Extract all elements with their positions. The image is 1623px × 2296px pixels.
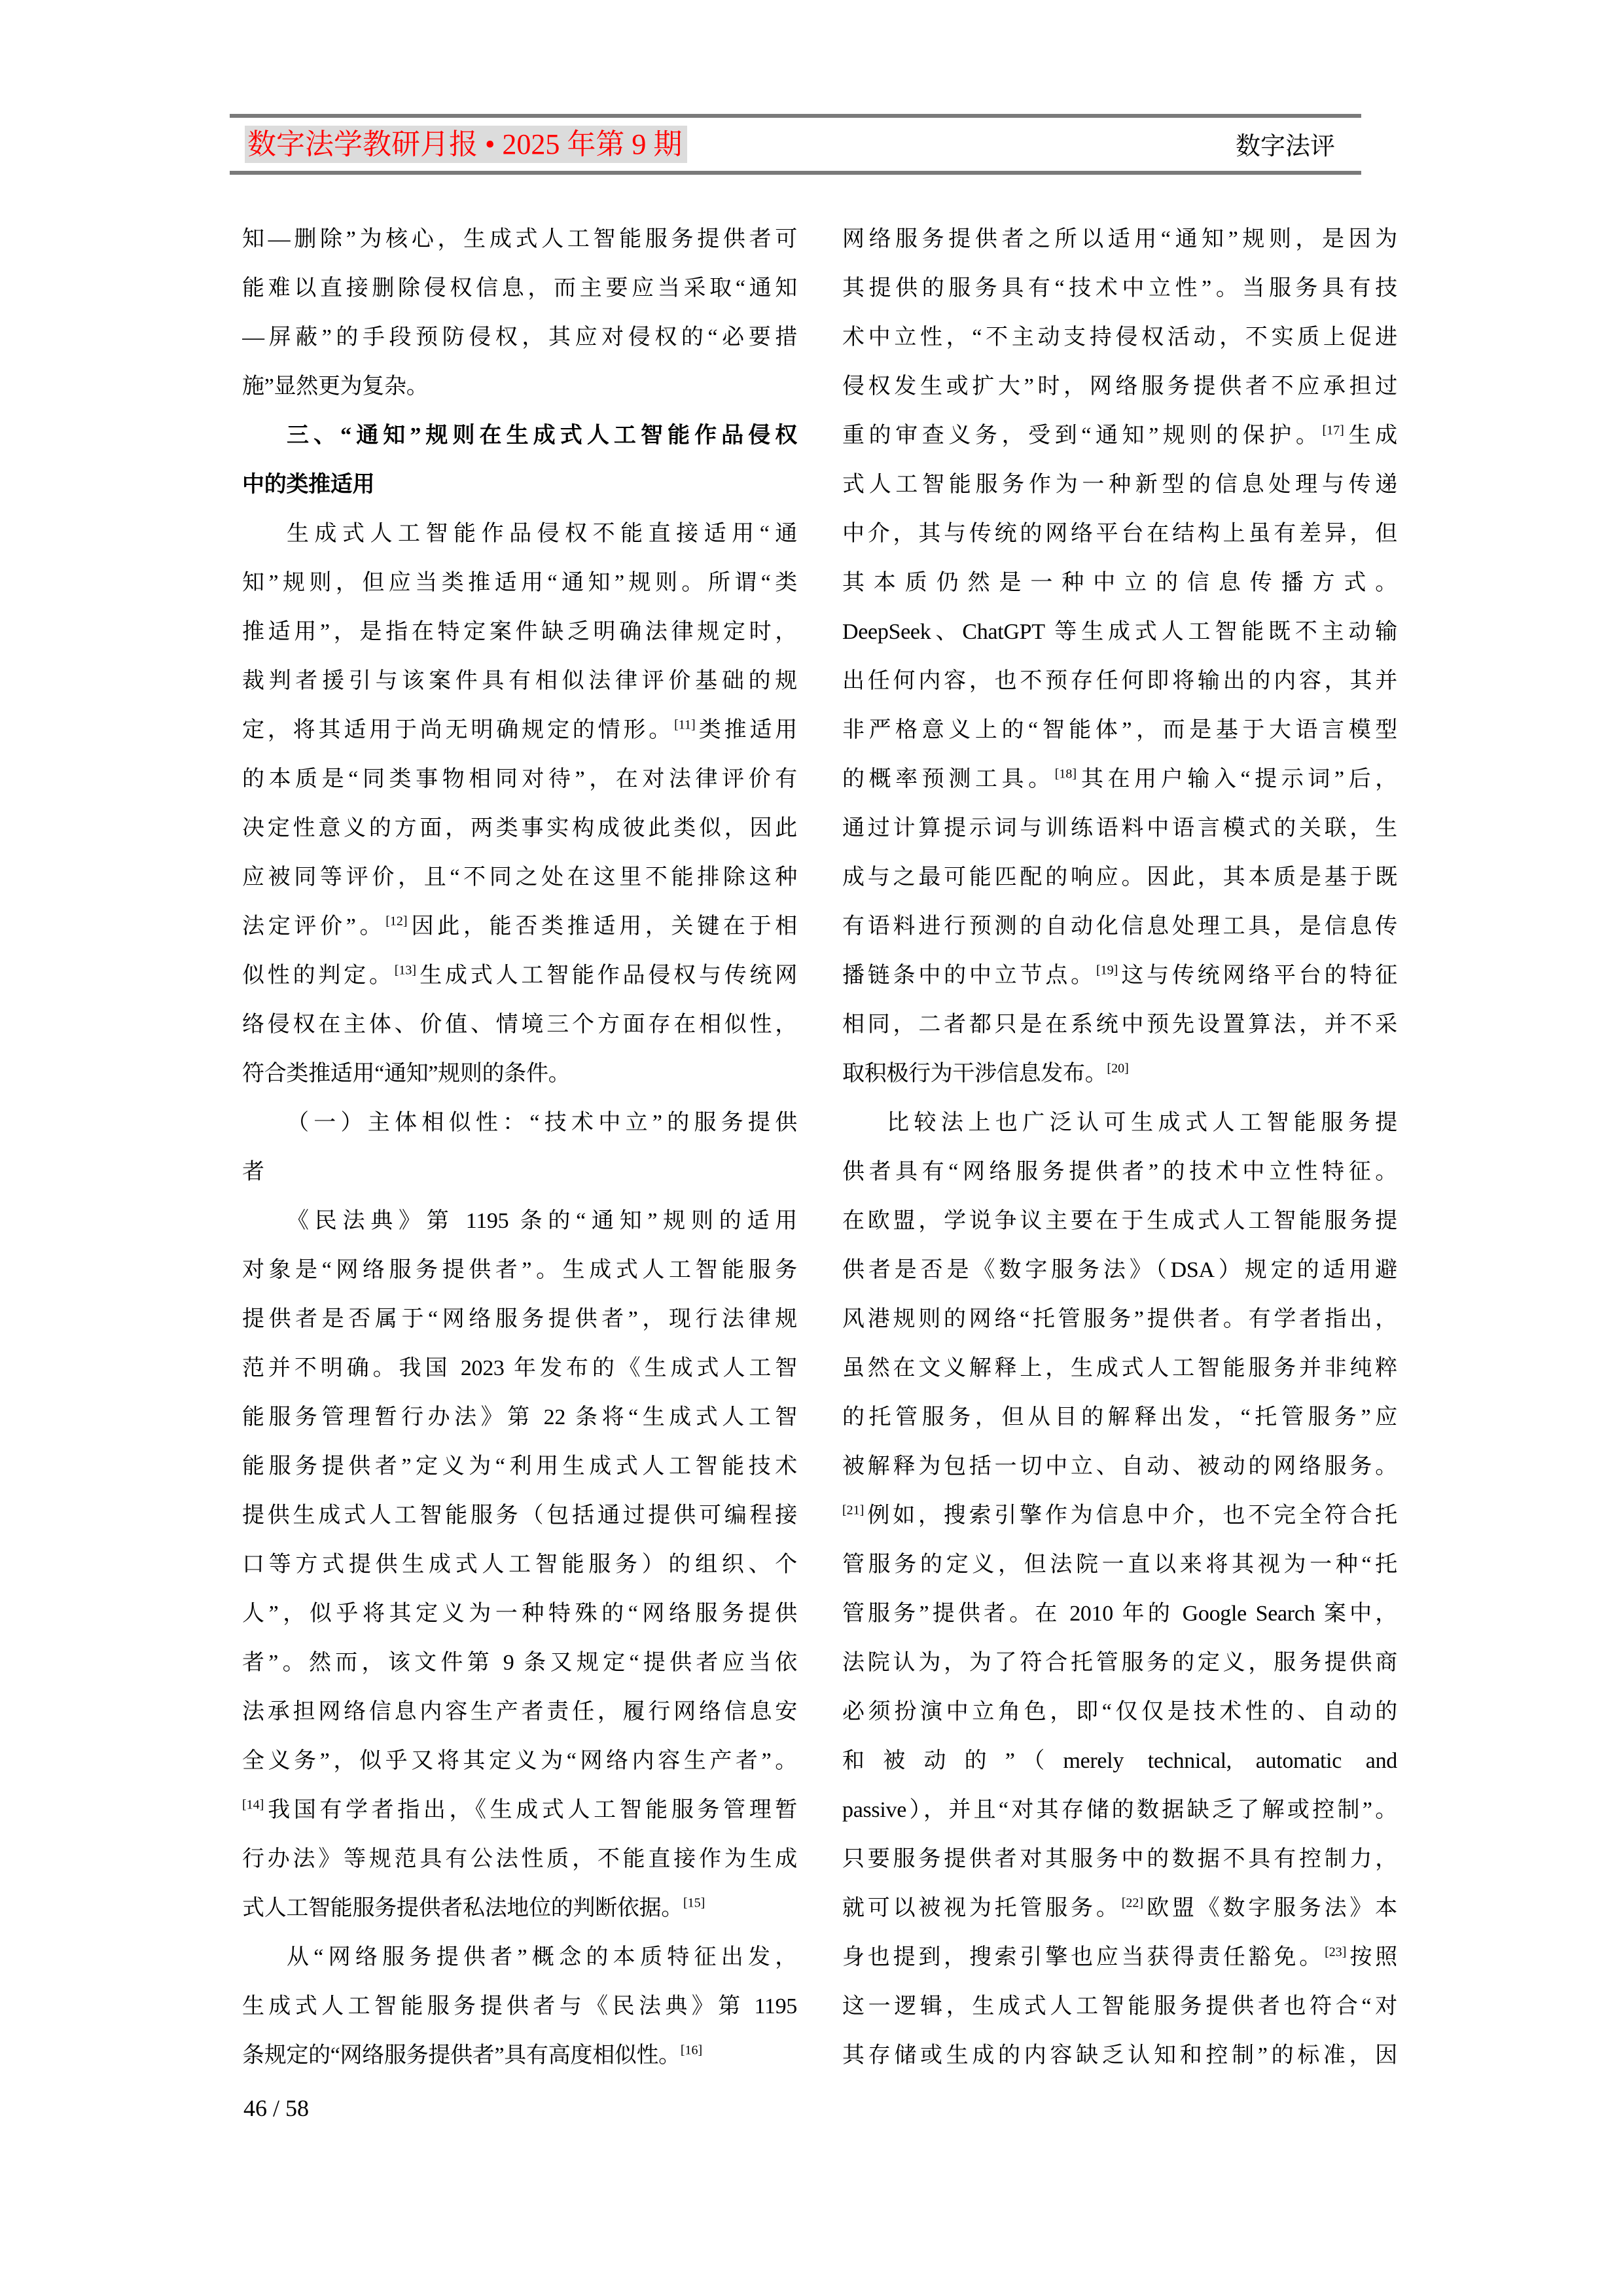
right-column: 网络服务提供者之所以适用“通知”规则，是因为其提供的服务具有“技术中立性”。当服… [842, 215, 1397, 2080]
text-line: 似性的判定。[13]生成式人工智能作品侵权与传统网 [242, 951, 797, 1000]
section-title: 数字法评 [1236, 130, 1335, 163]
text-line: 播链条中的中立节点。[19]这与传统网络平台的特征 [842, 951, 1397, 1000]
text-line: 管服务”提供者。在 2010 年的 Google Search 案中， [842, 1589, 1397, 1638]
text-line: 中的类推适用 [242, 460, 797, 509]
text-line: 《民法典》第 1195 条的“通知”规则的适用 [242, 1196, 797, 1246]
text-line: 行办法》等规范具有公法性质，不能直接作为生成 [242, 1835, 797, 1884]
text-line: 通过计算提示词与训练语料中语言模式的关联，生 [842, 804, 1397, 853]
text-line: 口等方式提供生成式人工智能服务）的组织、个 [242, 1540, 797, 1589]
header-rule-top [230, 114, 1361, 118]
document-page: 数字法学教研月报 • 2025 年第 9 期 数字法评 知—删除”为核心，生成式… [0, 0, 1623, 2296]
text-line: 生成式人工智能作品侵权不能直接适用“通 [242, 509, 797, 558]
text-line: DeepSeek、ChatGPT 等生成式人工智能既不主动输 [842, 607, 1397, 656]
left-column: 知—删除”为核心，生成式人工智能服务提供者可能难以直接删除侵权信息，而主要应当采… [242, 215, 797, 2080]
text-line: 全义务”，似乎又将其定义为“网络内容生产者”。 [242, 1736, 797, 1785]
page-number: 46 / 58 [243, 2092, 309, 2125]
text-line: 决定性意义的方面，两类事实构成彼此类似，因此 [242, 804, 797, 853]
text-line: 的概率预测工具。[18]其在用户输入“提示词”后， [842, 755, 1397, 804]
footnote-ref: [20] [1107, 1062, 1128, 1076]
footnote-ref: [18] [1055, 767, 1077, 781]
text-line: 对象是“网络服务提供者”。生成式人工智能服务 [242, 1246, 797, 1295]
text-line: 的本质是“同类事物相同对待”，在对法律评价有 [242, 755, 797, 804]
header-rule-bottom [230, 171, 1361, 175]
text-line: 法定评价”。[12]因此，能否类推适用，关键在于相 [242, 902, 797, 951]
text-line: 法院认为，为了符合托管服务的定义，服务提供商 [842, 1638, 1397, 1687]
footnote-ref: [12] [385, 914, 407, 929]
text-line: 只要服务提供者对其服务中的数据不具有控制力， [842, 1835, 1397, 1884]
text-line: 应被同等评价，且“不同之处在这里不能排除这种 [242, 853, 797, 902]
text-line: 法承担网络信息内容生产者责任，履行网络信息安 [242, 1687, 797, 1736]
footnote-ref: [17] [1322, 423, 1344, 438]
text-line: 络侵权在主体、价值、情境三个方面存在相似性， [242, 1000, 797, 1049]
footnote-ref: [16] [681, 2043, 702, 2058]
text-line: 符合类推适用“通知”规则的条件。 [242, 1049, 797, 1098]
text-line: —屏蔽”的手段预防侵权，其应对侵权的“必要措 [242, 313, 797, 362]
text-line: 出任何内容，也不预存任何即将输出的内容，其并 [842, 656, 1397, 706]
text-line: 其提供的服务具有“技术中立性”。当服务具有技 [842, 264, 1397, 313]
text-line: 被解释为包括一切中立、自动、被动的网络服务。 [842, 1442, 1397, 1491]
text-line: 在欧盟，学说争议主要在于生成式人工智能服务提 [842, 1196, 1397, 1246]
text-line: 就可以被视为托管服务。[22]欧盟《数字服务法》本 [842, 1884, 1397, 1933]
text-line: 供者是否是《数字服务法》（DSA）规定的适用避 [842, 1246, 1397, 1295]
text-line: 式人工智能服务作为一种新型的信息处理与传递 [842, 460, 1397, 509]
text-line: 能难以直接删除侵权信息，而主要应当采取“通知 [242, 264, 797, 313]
text-line: 相同，二者都只是在系统中预先设置算法，并不采 [842, 1000, 1397, 1049]
text-line: 提供者是否属于“网络服务提供者”，现行法律规 [242, 1295, 797, 1344]
text-line: 的托管服务，但从目的解释出发，“托管服务”应 [842, 1393, 1397, 1442]
text-line: 虽然在文义解释上，生成式人工智能服务并非纯粹 [842, 1344, 1397, 1393]
text-line: [21]例如，搜索引擎作为信息中介，也不完全符合托 [842, 1491, 1397, 1540]
text-line: 比较法上也广泛认可生成式人工智能服务提 [842, 1098, 1397, 1147]
footnote-ref: [22] [1122, 1896, 1143, 1910]
text-line: 人”，似乎将其定义为一种特殊的“网络服务提供 [242, 1589, 797, 1638]
text-line: 侵权发生或扩大”时，网络服务提供者不应承担过 [842, 362, 1397, 411]
text-line: passive），并且“对其存储的数据缺乏了解或控制”。 [842, 1785, 1397, 1835]
text-line: （一）主体相似性：“技术中立”的服务提供 [242, 1098, 797, 1147]
text-line: 三、“通知”规则在生成式人工智能作品侵权 [242, 411, 797, 460]
text-line: 裁判者援引与该案件具有相似法律评价基础的规 [242, 656, 797, 706]
text-line: 能服务提供者”定义为“利用生成式人工智能技术 [242, 1442, 797, 1491]
footnote-ref: [19] [1096, 963, 1118, 978]
text-line: 知—删除”为核心，生成式人工智能服务提供者可 [242, 215, 797, 264]
text-line: 身也提到，搜索引擎也应当获得责任豁免。[23]按照 [842, 1933, 1397, 1982]
text-line: 生成式人工智能服务提供者与《民法典》第 1195 [242, 1982, 797, 2031]
text-line: 必须扮演中立角色，即“仅仅是技术性的、自动的 [842, 1687, 1397, 1736]
text-line: 管服务的定义，但法院一直以来将其视为一种“托 [842, 1540, 1397, 1589]
text-line: 从“网络服务提供者”概念的本质特征出发， [242, 1933, 797, 1982]
footnote-ref: [11] [674, 718, 696, 732]
text-line: 知”规则，但应当类推适用“通知”规则。所谓“类 [242, 558, 797, 607]
text-line: 非严格意义上的“智能体”，而是基于大语言模型 [842, 706, 1397, 755]
text-line: 者”。然而，该文件第 9 条又规定“提供者应当依 [242, 1638, 797, 1687]
journal-title: 数字法学教研月报 • 2025 年第 9 期 [245, 126, 687, 163]
text-line: 式人工智能服务提供者私法地位的判断依据。[15] [242, 1884, 797, 1933]
text-line: 条规定的“网络服务提供者”具有高度相似性。[16] [242, 2031, 797, 2080]
text-line: 术中立性，“不主动支持侵权活动，不实质上促进 [842, 313, 1397, 362]
footnote-ref: [14] [242, 1798, 264, 1812]
text-line: 提供生成式人工智能服务（包括通过提供可编程接 [242, 1491, 797, 1540]
text-line: 有语料进行预测的自动化信息处理工具，是信息传 [842, 902, 1397, 951]
text-line: 取积极行为干涉信息发布。[20] [842, 1049, 1397, 1098]
text-line: [14]我国有学者指出，《生成式人工智能服务管理暂 [242, 1785, 797, 1835]
text-line: 定，将其适用于尚无明确规定的情形。[11]类推适用 [242, 706, 797, 755]
text-line: 者 [242, 1147, 797, 1196]
footnote-ref: [15] [683, 1896, 705, 1910]
text-line: 中介，其与传统的网络平台在结构上虽有差异，但 [842, 509, 1397, 558]
text-line: 这一逻辑，生成式人工智能服务提供者也符合“对 [842, 1982, 1397, 2031]
footnote-ref: [23] [1325, 1945, 1346, 1960]
footnote-ref: [13] [395, 963, 416, 978]
text-line: 重的审查义务，受到“通知”规则的保护。[17]生成 [842, 411, 1397, 460]
text-line: 其存储或生成的内容缺乏认知和控制”的标准，因 [842, 2031, 1397, 2080]
text-line: 风港规则的网络“托管服务”提供者。有学者指出， [842, 1295, 1397, 1344]
text-line: 施”显然更为复杂。 [242, 362, 797, 411]
text-line: 和被动的”（merely technical, automatic and [842, 1736, 1397, 1785]
text-line: 能服务管理暂行办法》第 22 条将“生成式人工智 [242, 1393, 797, 1442]
text-line: 其本质仍然是一种中立的信息传播方式。 [842, 558, 1397, 607]
text-line: 范并不明确。我国 2023 年发布的《生成式人工智 [242, 1344, 797, 1393]
text-line: 网络服务提供者之所以适用“通知”规则，是因为 [842, 215, 1397, 264]
text-line: 推适用”，是指在特定案件缺乏明确法律规定时， [242, 607, 797, 656]
text-line: 供者具有“网络服务提供者”的技术中立性特征。 [842, 1147, 1397, 1196]
text-line: 成与之最可能匹配的响应。因此，其本质是基于既 [842, 853, 1397, 902]
footnote-ref: [21] [842, 1503, 864, 1518]
